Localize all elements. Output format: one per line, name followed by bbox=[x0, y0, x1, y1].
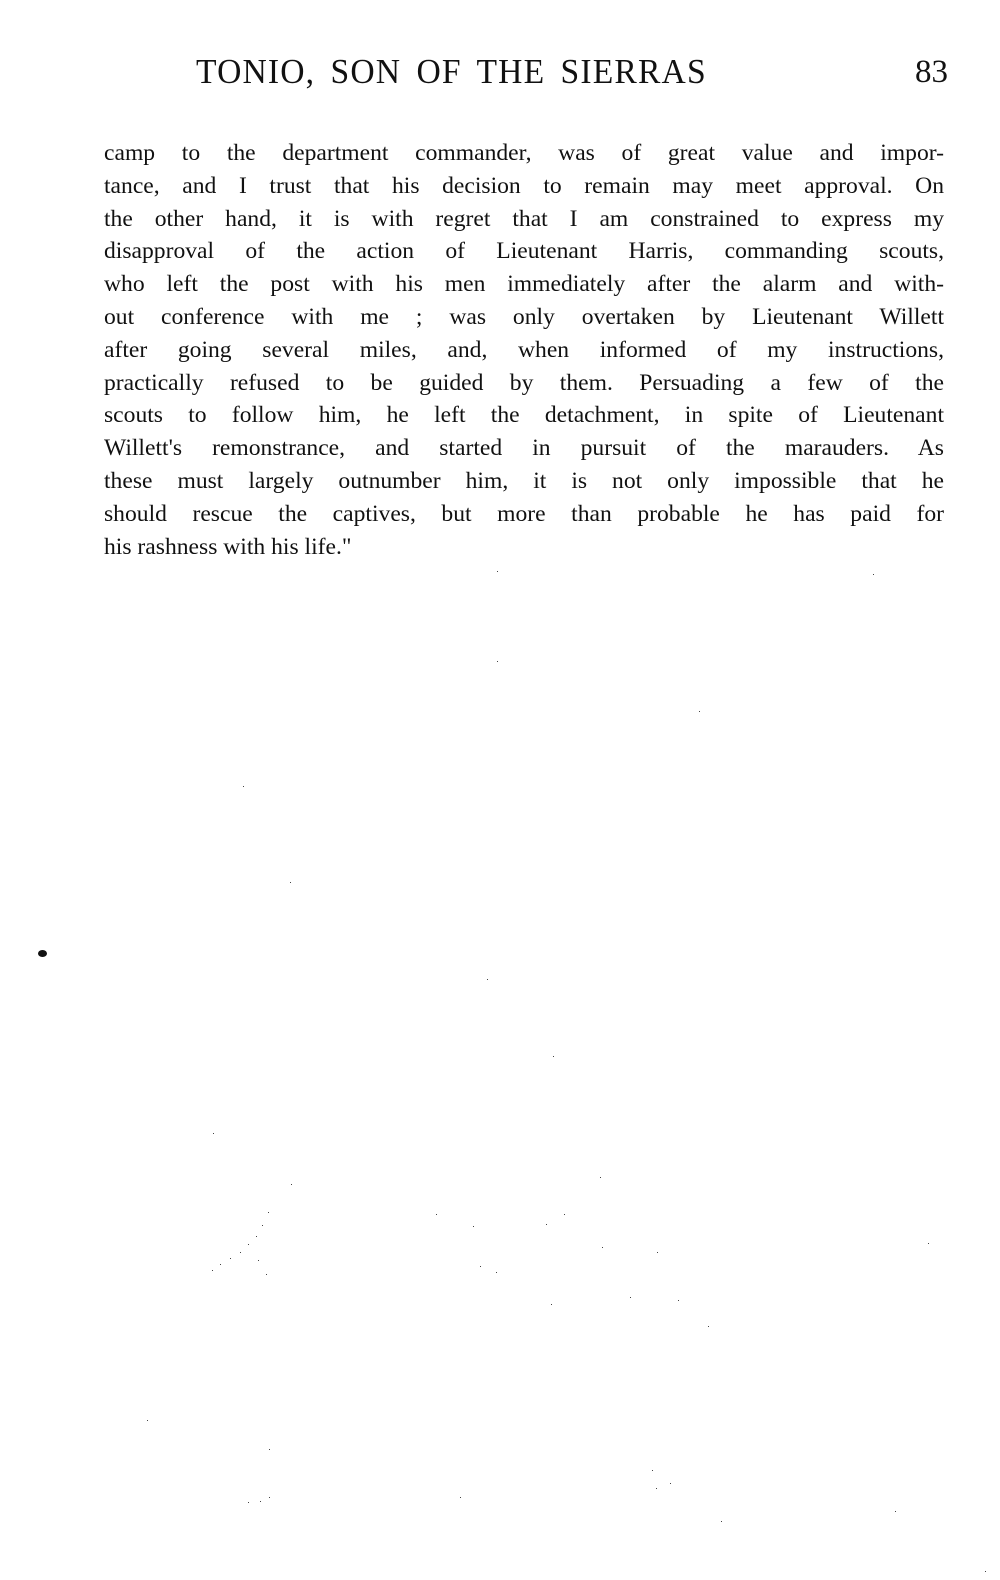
text-line: should rescue the captives, but more tha… bbox=[104, 498, 944, 531]
text-line: camp to the department commander, was of… bbox=[104, 137, 944, 170]
text-line: his rashness with his life." bbox=[104, 531, 944, 564]
text-line: out conference with me ; was only overta… bbox=[104, 301, 944, 334]
page-number: 83 bbox=[915, 54, 948, 91]
body-text: camp to the department commander, was of… bbox=[104, 137, 944, 563]
text-line: practically refused to be guided by them… bbox=[104, 367, 944, 400]
text-line: who left the post with his men immediate… bbox=[104, 268, 944, 301]
ink-speck bbox=[38, 950, 47, 957]
text-line: disapproval of the action of Lieutenant … bbox=[104, 235, 944, 268]
text-line: scouts to follow him, he left the detach… bbox=[104, 399, 944, 432]
text-line: the other hand, it is with regret that I… bbox=[104, 203, 944, 236]
text-line: these must largely outnumber him, it is … bbox=[104, 465, 944, 498]
running-head: TONIO, SON OF THE SIERRAS 83 bbox=[196, 52, 948, 102]
text-line: Willett's remonstrance, and started in p… bbox=[104, 432, 944, 465]
text-line: after going several miles, and, when inf… bbox=[104, 334, 944, 367]
running-title: TONIO, SON OF THE SIERRAS bbox=[196, 52, 707, 92]
text-line: tance, and I trust that his decision to … bbox=[104, 170, 944, 203]
book-page: TONIO, SON OF THE SIERRAS 83 camp to the… bbox=[0, 0, 1000, 1580]
